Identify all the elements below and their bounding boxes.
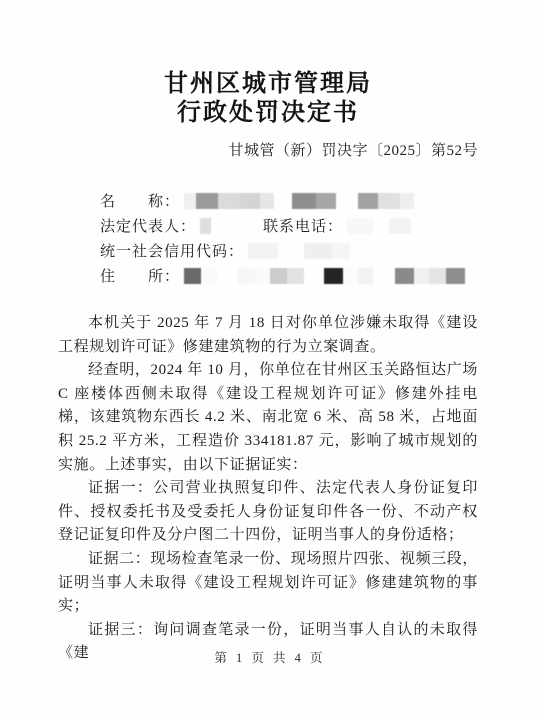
credit-code-redaction bbox=[248, 243, 350, 259]
document-number: 甘城管（新）罚决字〔2025〕第52号 bbox=[58, 139, 478, 160]
document-body: 本机关于 2025 年 7 月 18 日对你单位涉嫌未取得《建设工程规划许可证》… bbox=[58, 312, 478, 666]
address-label: 住 所： bbox=[100, 265, 180, 286]
page-number-footer: 第 1 页 共 4 页 bbox=[0, 648, 540, 666]
address-redaction bbox=[184, 268, 465, 284]
credit-code-label: 统一社会信用代码： bbox=[100, 240, 244, 261]
phone-label: 联系电话： bbox=[263, 215, 343, 236]
paragraph-evidence-1: 证据一：公司营业执照复印件、法定代表人身份证复印件、授权委托书及受委托人身份证复… bbox=[58, 477, 478, 548]
field-row-name: 名 称： bbox=[100, 188, 478, 213]
field-row-legal-rep: 法定代表人： 联系电话： bbox=[100, 213, 478, 238]
field-row-address: 住 所： bbox=[100, 263, 478, 288]
name-label: 名 称： bbox=[100, 190, 180, 211]
party-info-fields: 名 称： 法定代表人： 联系电话： 统一社会信用代码： 住 所： bbox=[100, 188, 478, 288]
field-row-credit-code: 统一社会信用代码： bbox=[100, 238, 478, 263]
name-redaction bbox=[184, 193, 414, 209]
document-title-line-2: 行政处罚决定书 bbox=[58, 99, 478, 128]
paragraph-case-filing: 本机关于 2025 年 7 月 18 日对你单位涉嫌未取得《建设工程规划许可证》… bbox=[58, 312, 478, 359]
document-page: 甘州区城市管理局 行政处罚决定书 甘城管（新）罚决字〔2025〕第52号 名 称… bbox=[0, 0, 540, 720]
legal-rep-redaction bbox=[200, 218, 211, 234]
document-title-line-1: 甘州区城市管理局 bbox=[58, 70, 478, 99]
legal-rep-label: 法定代表人： bbox=[100, 215, 196, 236]
paragraph-evidence-2: 证据二：现场检查笔录一份、现场照片四张、视频三段，证明当事人未取得《建设工程规划… bbox=[58, 548, 478, 619]
phone-redaction bbox=[347, 218, 411, 234]
paragraph-findings: 经查明，2024 年 10 月，你单位在甘州区玉关路恒达广场 C 座楼体西侧未取… bbox=[58, 359, 478, 477]
